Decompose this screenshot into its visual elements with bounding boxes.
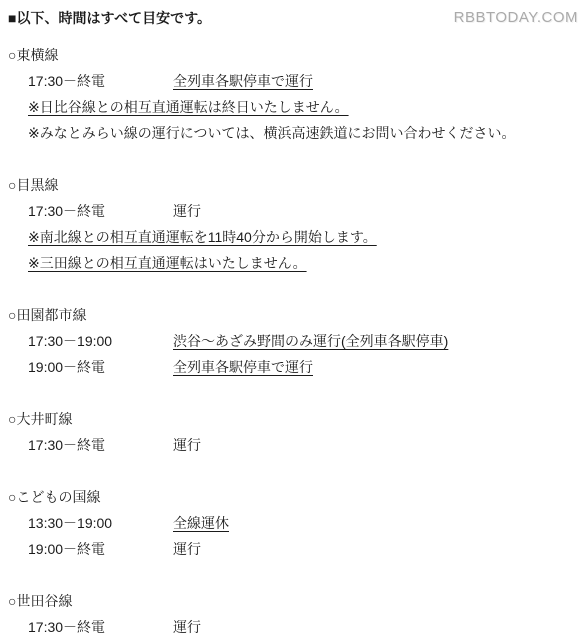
line-name: ○こどもの国線 <box>8 484 578 510</box>
line-section: ○世田谷線17:30－終電運行 <box>8 588 578 640</box>
schedule-row: 17:30－終電全列車各駅停車で運行 <box>8 68 578 94</box>
time-range: 13:30－19:00 <box>28 510 173 536</box>
note-text: ※南北線との相互直通運転を11時40分から開始します。 <box>8 224 578 250</box>
status-text: 運行 <box>173 437 201 453</box>
line-name: ○目黒線 <box>8 172 578 198</box>
time-range: 19:00－終電 <box>28 536 173 562</box>
notice-document: ■以下、時間はすべて目安です。 RBBTODAY.COM ○東横線17:30－終… <box>0 0 586 640</box>
line-section: ○大井町線17:30－終電運行 <box>8 406 578 458</box>
line-name: ○田園都市線 <box>8 302 578 328</box>
schedule-row: 17:30－終電運行 <box>8 198 578 224</box>
status-text: 運行 <box>173 203 201 219</box>
time-range: 17:30－19:00 <box>28 328 173 354</box>
status-text: 運行 <box>173 541 201 557</box>
sections-container: ○東横線17:30－終電全列車各駅停車で運行※日比谷線との相互直通運転は終日いた… <box>8 42 578 640</box>
time-range: 17:30－終電 <box>28 432 173 458</box>
note-text: ※三田線との相互直通運転はいたしません。 <box>8 250 578 276</box>
status-text: 運行 <box>173 619 201 635</box>
status-text: 全列車各駅停車で運行 <box>173 359 313 375</box>
status-text: 全列車各駅停車で運行 <box>173 73 313 89</box>
schedule-row: 17:30－終電運行 <box>8 614 578 640</box>
status-text: 全線運休 <box>173 515 229 531</box>
schedule-row: 19:00－終電運行 <box>8 536 578 562</box>
line-name: ○大井町線 <box>8 406 578 432</box>
schedule-row: 19:00－終電全列車各駅停車で運行 <box>8 354 578 380</box>
line-section: ○田園都市線17:30－19:00渋谷～あざみ野間のみ運行(全列車各駅停車)19… <box>8 302 578 380</box>
watermark-text: RBBTODAY.COM <box>454 6 578 30</box>
line-section: ○東横線17:30－終電全列車各駅停車で運行※日比谷線との相互直通運転は終日いた… <box>8 42 578 146</box>
note-text: ※みなとみらい線の運行については、横浜高速鉄道にお問い合わせください。 <box>8 120 578 146</box>
line-section: ○目黒線17:30－終電運行※南北線との相互直通運転を11時40分から開始します… <box>8 172 578 276</box>
time-range: 17:30－終電 <box>28 198 173 224</box>
status-text: 渋谷～あざみ野間のみ運行(全列車各駅停車) <box>173 333 448 349</box>
line-name: ○世田谷線 <box>8 588 578 614</box>
line-section: ○こどもの国線13:30－19:00全線運休19:00－終電運行 <box>8 484 578 562</box>
time-range: 17:30－終電 <box>28 614 173 640</box>
schedule-row: 13:30－19:00全線運休 <box>8 510 578 536</box>
note-text: ※日比谷線との相互直通運転は終日いたしません。 <box>8 94 578 120</box>
time-range: 19:00－終電 <box>28 354 173 380</box>
schedule-row: 17:30－終電運行 <box>8 432 578 458</box>
time-range: 17:30－終電 <box>28 68 173 94</box>
document-header: ■以下、時間はすべて目安です。 RBBTODAY.COM <box>8 6 578 30</box>
line-name: ○東横線 <box>8 42 578 68</box>
page-title: ■以下、時間はすべて目安です。 <box>8 6 211 30</box>
schedule-row: 17:30－19:00渋谷～あざみ野間のみ運行(全列車各駅停車) <box>8 328 578 354</box>
